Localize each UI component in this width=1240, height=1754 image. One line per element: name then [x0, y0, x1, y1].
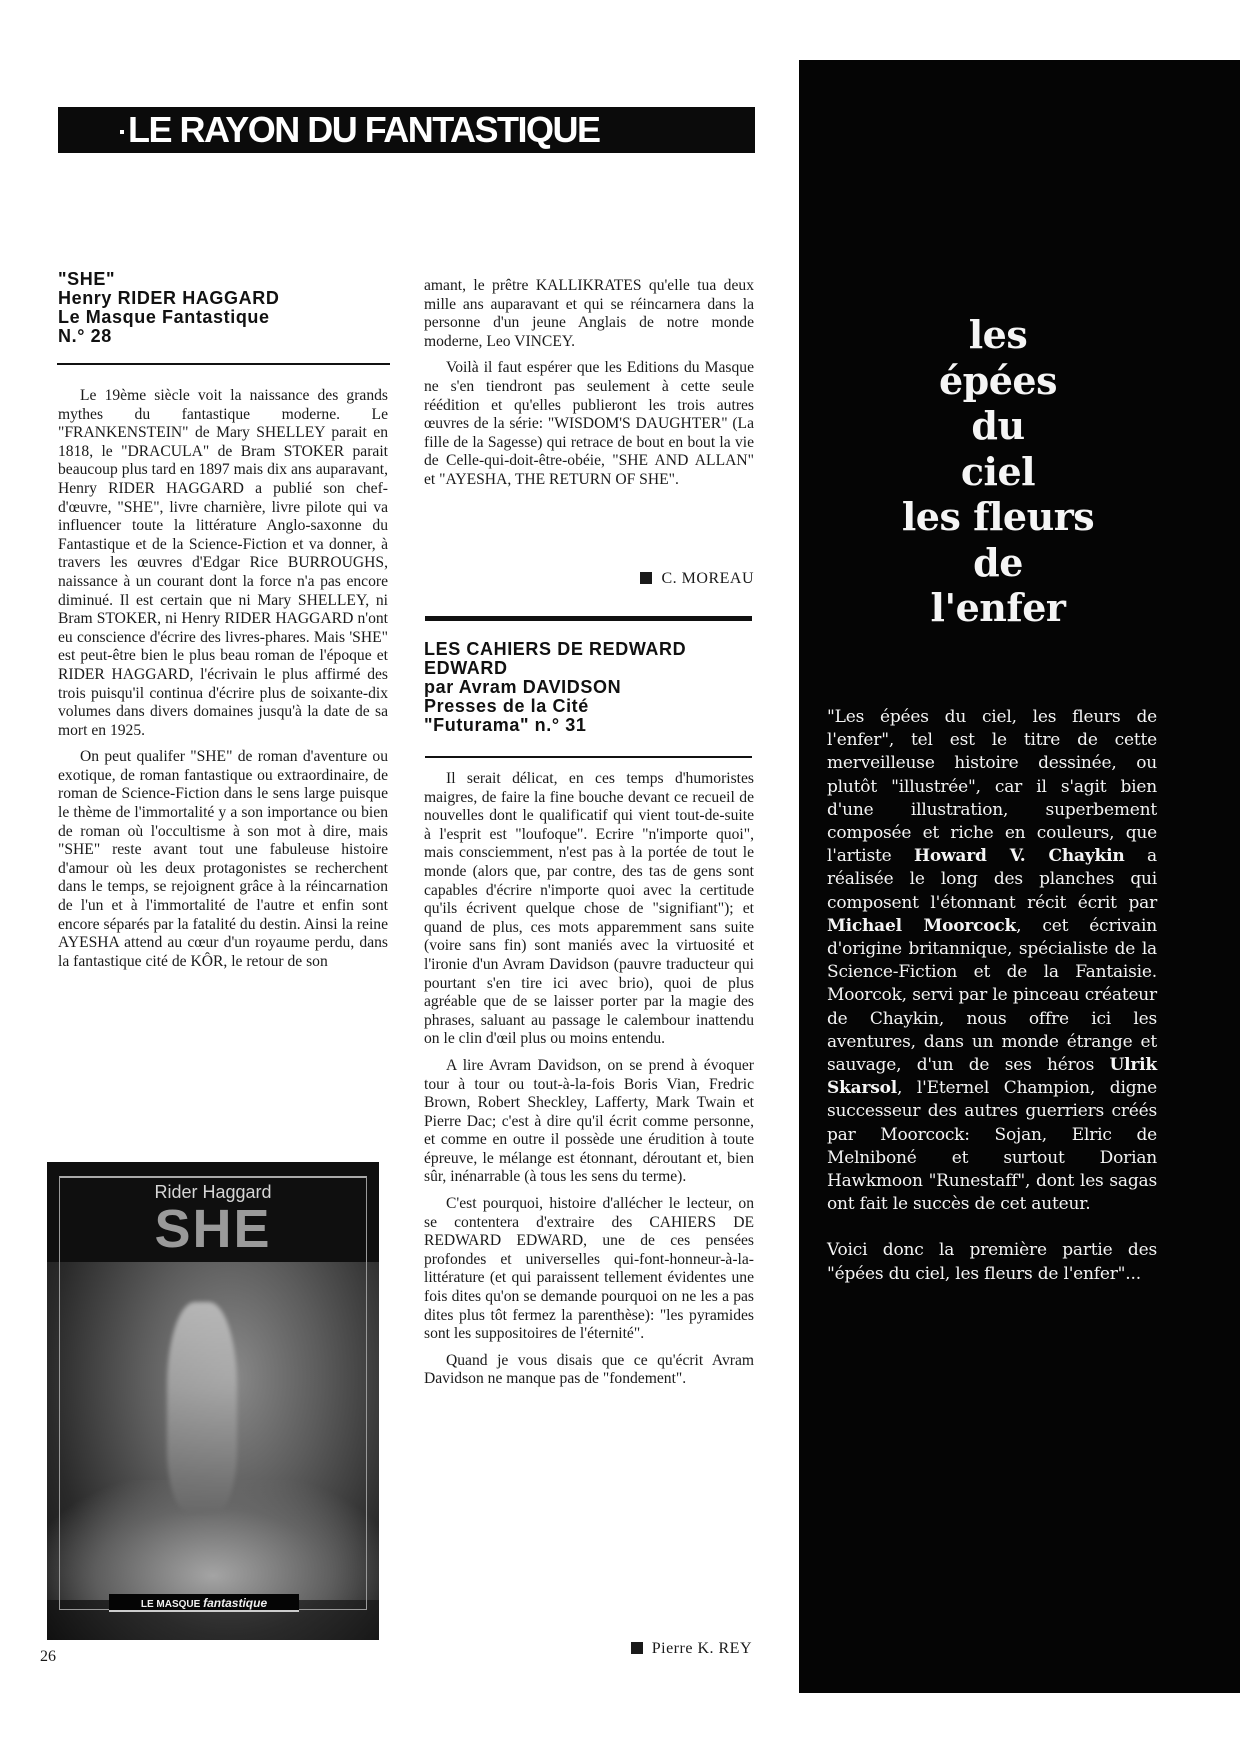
feature-intro: "Les épées du ciel, les fleurs de l'enfe…: [827, 706, 1157, 1309]
page-number: 26: [40, 1648, 56, 1666]
intro-writer-name: Michael Moorcock: [827, 916, 1016, 936]
feature-title-line: épées: [799, 358, 1197, 404]
section-banner-title: LE RAYON DU FANTASTIQUE: [128, 109, 600, 150]
review-she-signature: C. MOREAU: [640, 570, 754, 588]
review-she-title: "SHE": [58, 270, 398, 289]
banner-dot: [120, 130, 124, 134]
cover-label-prefix: LE MASQUE: [141, 1599, 200, 1610]
review-she-paragraph: Voilà il faut espérer que les Editions d…: [424, 359, 754, 489]
review-she-collection: Le Masque Fantastique: [58, 308, 398, 327]
feature-title-line: les: [799, 312, 1197, 358]
heading-rule: [425, 756, 752, 758]
review-cahiers-paragraph: A lire Avram Davidson, on se prend à évo…: [424, 1057, 754, 1187]
review-she-number: N.° 28: [58, 327, 398, 346]
feature-title-line: l'enfer: [799, 585, 1197, 631]
intro-text: , l'Eternel Champion, digne successeur d…: [827, 1078, 1157, 1214]
review-she-paragraph: amant, le prêtre KALLIKRATES qu'elle tua…: [424, 277, 754, 351]
review-she-author: Henry RIDER HAGGARD: [58, 289, 398, 308]
feature-title-line: de: [799, 540, 1197, 586]
signature-name: Pierre K. REY: [652, 1640, 752, 1657]
signature-name: C. MOREAU: [661, 570, 754, 587]
section-divider: [425, 616, 752, 621]
review-cahiers-author: par Avram DAVIDSON: [424, 678, 764, 697]
feature-panel: les épées du ciel les fleurs de l'enfer …: [799, 60, 1240, 1693]
review-she-paragraph: Le 19ème siècle voit la naissance des gr…: [58, 387, 388, 740]
review-cahiers-title: LES CAHIERS DE REDWARD EDWARD: [424, 640, 754, 678]
review-cahiers-paragraph: C'est pourquoi, histoire d'allécher le l…: [424, 1195, 754, 1344]
intro-text: "Les épées du ciel, les fleurs de l'enfe…: [827, 707, 1157, 866]
cover-label-suffix: fantastique: [203, 1596, 267, 1610]
section-banner: LE RAYON DU FANTASTIQUE: [58, 107, 755, 153]
review-cahiers-heading: LES CAHIERS DE REDWARD EDWARD par Avram …: [424, 640, 764, 735]
feature-title-line: ciel: [799, 449, 1197, 495]
review-cahiers-paragraph: Quand je vous disais que ce qu'écrit Avr…: [424, 1352, 754, 1389]
feature-intro-closing: Voici donc la première partie des "épées…: [827, 1239, 1157, 1285]
feature-title-line: du: [799, 403, 1197, 449]
review-she-body-left: Le 19ème siècle voit la naissance des gr…: [58, 387, 388, 979]
review-cahiers-paragraph: Il serait délicat, en ces temps d'humori…: [424, 770, 754, 1049]
cover-publisher-label: LE MASQUE fantastique: [109, 1594, 299, 1612]
cover-title: SHE: [47, 1198, 379, 1260]
review-cahiers-collection: "Futurama" n.° 31: [424, 716, 764, 735]
review-she-body-continued: amant, le prêtre KALLIKRATES qu'elle tua…: [424, 277, 754, 498]
review-cahiers-body: Il serait délicat, en ces temps d'humori…: [424, 770, 754, 1397]
signature-square-icon: [640, 572, 652, 584]
review-cahiers-publisher: Presses de la Cité: [424, 697, 764, 716]
review-she-heading: "SHE" Henry RIDER HAGGARD Le Masque Fant…: [58, 270, 398, 346]
feature-title-line: les fleurs: [799, 494, 1197, 540]
intro-text: , cet écrivain d'origine britannique, sp…: [827, 916, 1157, 1075]
intro-artist-name: Howard V. Chaykin: [914, 846, 1125, 866]
book-cover-she: Rider Haggard SHE LE MASQUE fantastique: [47, 1162, 379, 1640]
review-she-paragraph: On peut qualifer "SHE" de roman d'aventu…: [58, 748, 388, 971]
signature-square-icon: [631, 1642, 643, 1654]
feature-intro-paragraph: "Les épées du ciel, les fleurs de l'enfe…: [827, 706, 1157, 1216]
review-cahiers-signature: Pierre K. REY: [631, 1640, 752, 1658]
heading-rule: [57, 363, 390, 365]
feature-title: les épées du ciel les fleurs de l'enfer: [799, 312, 1197, 631]
